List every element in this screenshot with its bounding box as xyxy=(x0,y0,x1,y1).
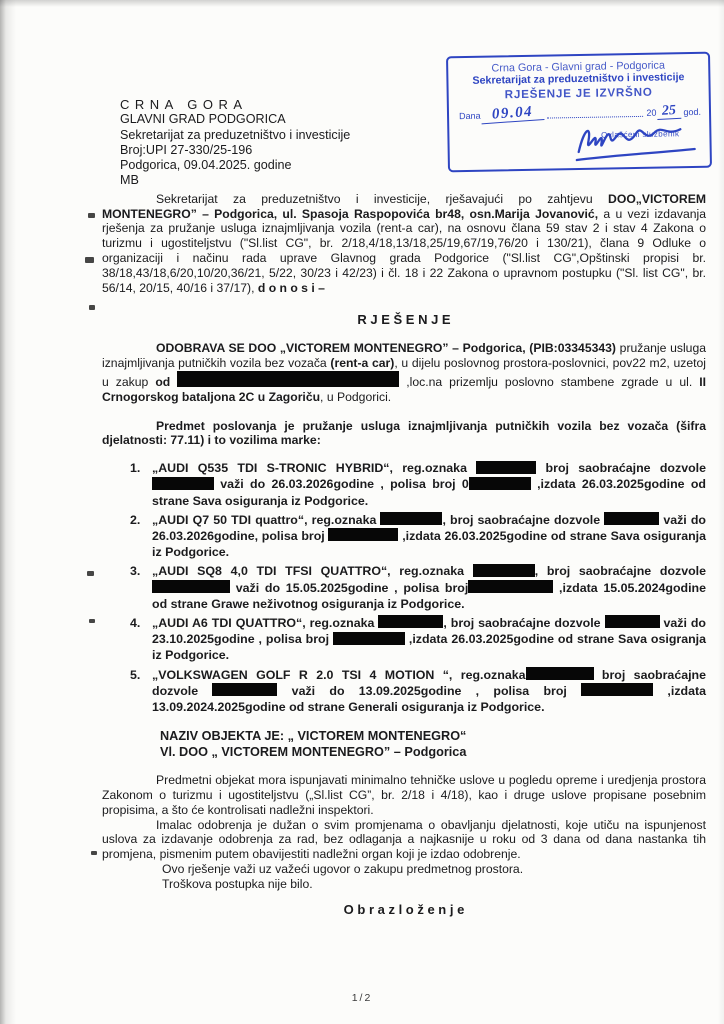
document-page: Crna Gora - Glavni grad - Podgorica Sekr… xyxy=(0,0,724,1024)
facility-name-block: NAZIV OBJEKTA JE: „ VICTOREM MONTENEGRO“… xyxy=(160,728,706,760)
scan-artifact xyxy=(89,305,95,310)
stamp-line-3: RJEŠENJE JE IZVRŠNO xyxy=(455,85,703,102)
facility-owner-line: Vl. DOO „ VICTOREM MONTENEGRO” – Podgori… xyxy=(160,744,706,760)
vehicle-number: 2. xyxy=(130,512,140,528)
signature-icon xyxy=(569,120,702,166)
conditions-paragraph: Predmetni objekat mora ispunjavati minim… xyxy=(102,773,706,817)
stamp-date-value: 09.04 xyxy=(480,105,544,124)
heading-rjesenje: R J E Š E N J E xyxy=(102,312,706,327)
vehicle-item: 4.„AUDI A6 TDI QUATTRO“, reg.oznaka , br… xyxy=(102,615,706,664)
vehicle-number: 3. xyxy=(130,563,140,579)
business-subject-paragraph: Predmet poslovanja je pružanje usluga iz… xyxy=(102,419,706,449)
vehicle-list: 1.„AUDI Q535 TDI S-TRONIC HYBRID“, reg.o… xyxy=(102,460,706,715)
scan-artifact xyxy=(89,619,95,623)
facility-name-line: NAZIV OBJEKTA JE: „ VICTOREM MONTENEGRO“ xyxy=(160,728,706,744)
page-number: 1/2 xyxy=(0,992,724,1004)
vehicle-item: 5.„VOLKSWAGEN GOLF R 2.0 TSI 4 MOTION “,… xyxy=(102,667,706,716)
scan-artifact xyxy=(91,851,97,855)
vehicle-text: „AUDI SQ8 4,0 TDI TFSI QUATTRO“, reg.ozn… xyxy=(152,564,706,610)
approval-paragraph: ODOBRAVA SE DOO „VICTOREM MONTENEGRO” – … xyxy=(102,341,706,404)
stamp-date-label: Dana xyxy=(459,111,481,123)
stamp-dotted-line xyxy=(547,116,644,119)
vehicle-number: 1. xyxy=(130,460,140,476)
stamp-year-prefix: 20 xyxy=(646,108,656,120)
scan-artifact xyxy=(85,257,94,263)
scan-artifact xyxy=(87,571,94,576)
costs-line: Troškova postupka nije bilo. xyxy=(102,877,706,892)
vehicle-number: 4. xyxy=(130,615,140,631)
intro-paragraph: Sekretarijat za preduzetništvo i investi… xyxy=(102,192,706,296)
vehicle-text: „AUDI Q535 TDI S-TRONIC HYBRID“, reg.ozn… xyxy=(152,461,706,507)
letterhead-mb: MB xyxy=(120,173,706,188)
stamp-year-suffix: god. xyxy=(683,107,701,119)
stamp-year-value: 25 xyxy=(657,104,682,120)
validity-line: Ovo rješenje važi uz važeći ugovor o zak… xyxy=(102,862,706,877)
vehicle-item: 1.„AUDI Q535 TDI S-TRONIC HYBRID“, reg.o… xyxy=(102,460,706,509)
vehicle-text: „AUDI A6 TDI QUATTRO“, reg.oznaka , broj… xyxy=(152,616,706,662)
vehicle-text: „AUDI Q7 50 TDI quattro“, reg.oznaka , b… xyxy=(152,513,706,559)
stamp-signature-row: Ovlašćeni službenik xyxy=(455,120,704,164)
vehicle-text: „VOLKSWAGEN GOLF R 2.0 TSI 4 MOTION “, r… xyxy=(152,668,706,714)
vehicle-item: 2.„AUDI Q7 50 TDI quattro“, reg.oznaka ,… xyxy=(102,512,706,561)
scan-artifact xyxy=(88,213,95,218)
obligations-paragraph: Imalac odobrenja je dužan o svim promjen… xyxy=(102,818,706,862)
vehicle-item: 3.„AUDI SQ8 4,0 TDI TFSI QUATTRO“, reg.o… xyxy=(102,563,706,612)
document-content: CRNA GORA GLAVNI GRAD PODGORICA Sekretar… xyxy=(102,97,706,917)
heading-obrazlozenje: O b r a z l o ž e n j e xyxy=(102,902,706,917)
execution-stamp: Crna Gora - Glavni grad - Podgorica Sekr… xyxy=(446,52,712,173)
vehicle-number: 5. xyxy=(130,667,140,683)
